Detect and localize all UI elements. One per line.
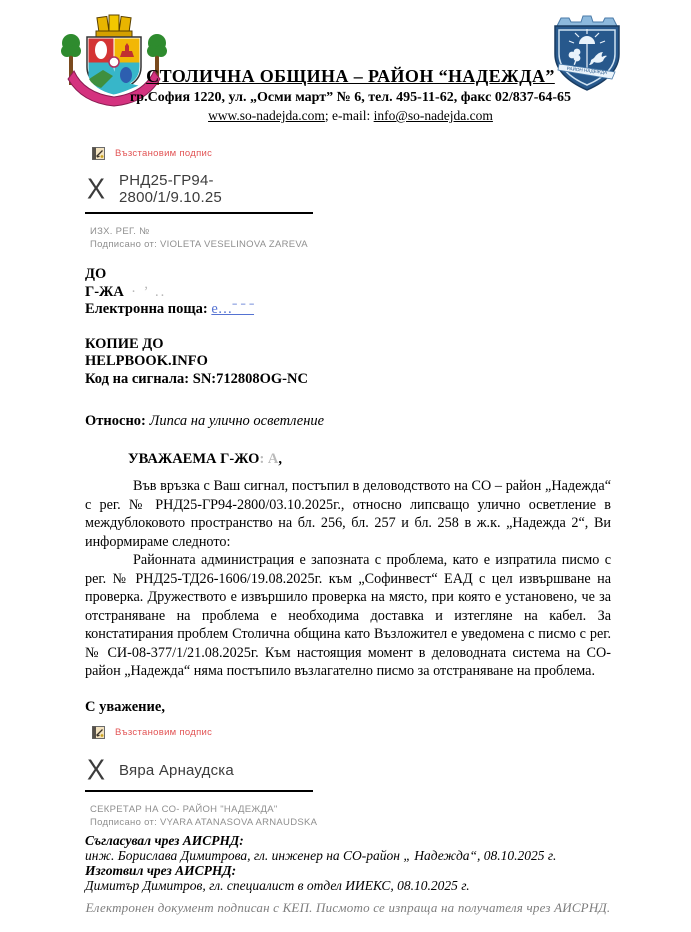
org-email-link[interactable]: info@so-nadejda.com — [374, 108, 493, 123]
signature-meta-top: ИЗХ. РЕГ. № Подписано от: VIOLETA VESELI… — [90, 225, 611, 251]
signal-code: Код на сигнала: SN:712808OG-NC — [85, 371, 611, 389]
email-line: Електронна поща: e…ˉ ˉ ˉ — [85, 301, 611, 319]
copy-org: HELPBOOK.INFO — [85, 353, 611, 371]
subject-label: Относно: — [85, 413, 146, 429]
salutation: УВАЖАЕМА Г-ЖО: А, — [128, 451, 611, 468]
closing-regards: С уважение, — [85, 699, 611, 716]
restorable-signature-stamp-top: Възстановим подпис — [92, 147, 611, 160]
signature-x-mark: X — [87, 756, 105, 784]
contact-separator: ; e-mail: — [325, 108, 374, 123]
signed-by-top: Подписано от: VIOLETA VESELINOVA ZAREVA — [90, 238, 611, 251]
letterhead: РАЙОН НАДЕЖДА СТОЛИЧНА ОБЩИНА – РАЙОН “Н… — [0, 0, 691, 136]
org-address: гр.София 1220, ул. „Осми март” № 6, тел.… — [120, 90, 581, 106]
restorable-signature-stamp-bottom: Възстановим подпис — [92, 726, 611, 739]
prepared-by: Димитър Димитров, гл. специалист в отдел… — [85, 878, 611, 893]
addressee-redacted: · ’ .. — [131, 284, 166, 300]
agreed-label: Съгласувал чрез АИСРНД: — [85, 833, 611, 848]
body-paragraph-1: Във връзка с Ваш сигнал, постъпил в дело… — [85, 477, 611, 551]
signature-line-signer[interactable]: X Вяра Арнаудска — [85, 755, 313, 792]
letter-page: РАЙОН НАДЕЖДА СТОЛИЧНА ОБЩИНА – РАЙОН “Н… — [0, 0, 691, 932]
org-title: СТОЛИЧНА ОБЩИНА – РАЙОН “НАДЕЖДА” — [120, 66, 581, 87]
prepared-label: Изготвил чрез АИСРНД: — [85, 863, 611, 878]
signed-by-bottom: Подписано от: VYARA ATANASOVA ARNAUDSKA — [90, 816, 611, 829]
signature-meta-bottom: СЕКРЕТАР НА СО- РАЙОН "НАДЕЖДА" Подписан… — [90, 803, 611, 829]
signature-x-mark: X — [87, 175, 105, 203]
body-paragraph-2: Районната администрация е запозната с пр… — [85, 551, 611, 681]
copy-to-block: КОПИЕ ДО HELPBOOK.INFO Код на сигнала: S… — [85, 336, 611, 389]
agreed-by: инж. Борислава Димитрова, гл. инженер на… — [85, 848, 611, 863]
signer-title: СЕКРЕТАР НА СО- РАЙОН "НАДЕЖДА" — [90, 803, 611, 816]
signature-stamp-icon — [92, 726, 105, 739]
restorable-signature-label: Възстановим подпис — [115, 148, 212, 159]
outgoing-reg-number: РНД25-ГР94-2800/1/9.10.25 — [119, 172, 313, 206]
copy-label: КОПИЕ ДО — [85, 336, 611, 354]
outgoing-reg-label: ИЗХ. РЕГ. № — [90, 225, 611, 238]
org-contact-line: www.so-nadejda.com; e-mail: info@so-nade… — [120, 108, 581, 124]
subject-text: Липса на улично осветление — [150, 413, 325, 429]
restorable-signature-label: Възстановим подпис — [115, 727, 212, 738]
signature-stamp-icon — [92, 147, 105, 160]
signature-line-registration[interactable]: X РНД25-ГР94-2800/1/9.10.25 — [85, 170, 313, 214]
subject-line: Относно: Липса на улично осветление — [85, 413, 611, 430]
approval-block: Съгласувал чрез АИСРНД: инж. Борислава Д… — [85, 833, 611, 893]
signer-name: Вяра Арнаудска — [119, 762, 234, 779]
email-redacted: e…ˉ ˉ ˉ — [211, 301, 254, 317]
addressee-line: Г-ЖА · ’ .. — [85, 284, 611, 302]
recipient-block: ДО Г-ЖА · ’ .. Електронна поща: e…ˉ ˉ ˉ — [85, 266, 611, 319]
to-label: ДО — [85, 266, 611, 284]
org-website-link[interactable]: www.so-nadejda.com — [208, 108, 325, 123]
salutation-redacted: : А — [259, 451, 278, 467]
electronic-document-note: Електронен документ подписан с КЕП. Писм… — [85, 900, 611, 916]
